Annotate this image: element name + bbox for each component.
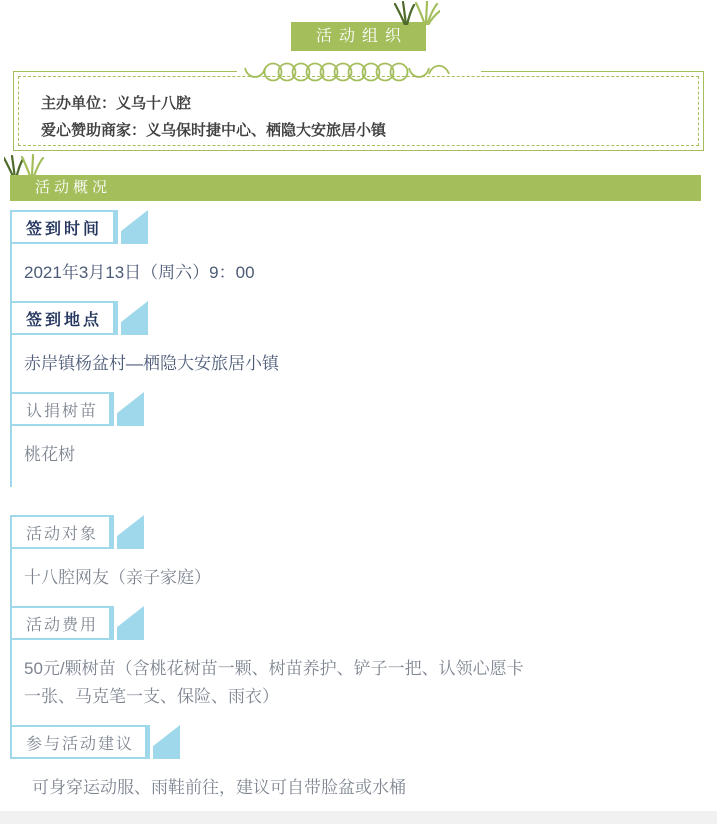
section: 认捐树苗 桃花树 bbox=[12, 392, 701, 469]
section-label-badge: 签到时间 bbox=[10, 210, 148, 244]
section: 活动对象 十八腔网友（亲子家庭） bbox=[12, 515, 701, 592]
overview-section-header: 活动概况 bbox=[10, 175, 701, 201]
folded-flag-icon bbox=[117, 515, 144, 549]
section-content: 2021年3月13日（周六）9：00 bbox=[24, 259, 681, 287]
grass-leaves-icon bbox=[394, 1, 440, 25]
sponsor-line: 爱心赞助商家：义乌保时捷中心、栖隐大安旅居小镇 bbox=[41, 117, 698, 144]
section-label: 活动费用 bbox=[10, 606, 114, 640]
section-label-badge: 活动对象 bbox=[10, 515, 144, 549]
folded-flag-icon bbox=[117, 392, 144, 426]
folded-flag-icon bbox=[153, 725, 180, 759]
section-label: 活动对象 bbox=[10, 515, 114, 549]
overview-header-container: 活动概况 bbox=[10, 175, 701, 201]
page-title-badge: 活动组织 bbox=[291, 22, 426, 51]
sponsor-info-box: 主办单位：义乌十八腔 爱心赞助商家：义乌保时捷中心、栖隐大安旅居小镇 bbox=[13, 71, 704, 151]
folded-flag-icon bbox=[121, 301, 148, 335]
section-group-bottom: 活动对象 十八腔网友（亲子家庭） 活动费用 50元/颗树苗（含桃花树苗一颗、树苗… bbox=[10, 515, 701, 759]
section-tail: 可身穿运动服、雨鞋前往，建议可自带脸盆或水桶 bbox=[10, 774, 701, 802]
section-label-badge: 活动费用 bbox=[10, 606, 144, 640]
footer-strip bbox=[0, 811, 717, 824]
section-group-top: 签到时间 2021年3月13日（周六）9：00 签到地点 赤岸镇杨盆村—栖隐大安… bbox=[10, 210, 701, 487]
section: 参与活动建议 bbox=[12, 725, 701, 759]
section: 活动费用 50元/颗树苗（含桃花树苗一颗、树苗养护、铲子一把、认领心愿卡 一张、… bbox=[12, 606, 701, 711]
section: 签到时间 2021年3月13日（周六）9：00 bbox=[12, 210, 701, 287]
sections-container: 签到时间 2021年3月13日（周六）9：00 签到地点 赤岸镇杨盆村—栖隐大安… bbox=[10, 210, 701, 802]
organizer-line: 主办单位：义乌十八腔 bbox=[41, 90, 698, 117]
section-content: 50元/颗树苗（含桃花树苗一颗、树苗养护、铲子一把、认领心愿卡 一张、马克笔一支… bbox=[24, 655, 681, 711]
folded-flag-icon bbox=[117, 606, 144, 640]
section-content: 桃花树 bbox=[24, 441, 681, 469]
section-content: 十八腔网友（亲子家庭） bbox=[24, 564, 681, 592]
section-label-badge: 参与活动建议 bbox=[10, 725, 180, 759]
section-label-badge: 签到地点 bbox=[10, 301, 148, 335]
section-label: 签到时间 bbox=[10, 210, 118, 244]
section: 签到地点 赤岸镇杨盆村—栖隐大安旅居小镇 bbox=[12, 301, 701, 378]
section-label: 认捐树苗 bbox=[10, 392, 114, 426]
section-content: 可身穿运动服、雨鞋前往，建议可自带脸盆或水桶 bbox=[32, 774, 681, 802]
section-content: 赤岸镇杨盆村—栖隐大安旅居小镇 bbox=[24, 350, 681, 378]
section-label: 参与活动建议 bbox=[10, 725, 150, 759]
section-label-badge: 认捐树苗 bbox=[10, 392, 144, 426]
sponsor-info-inner: 主办单位：义乌十八腔 爱心赞助商家：义乌保时捷中心、栖隐大安旅居小镇 bbox=[18, 76, 699, 146]
folded-flag-icon bbox=[121, 210, 148, 244]
top-badge-container: 活动组织 bbox=[291, 22, 426, 51]
section-label: 签到地点 bbox=[10, 301, 118, 335]
